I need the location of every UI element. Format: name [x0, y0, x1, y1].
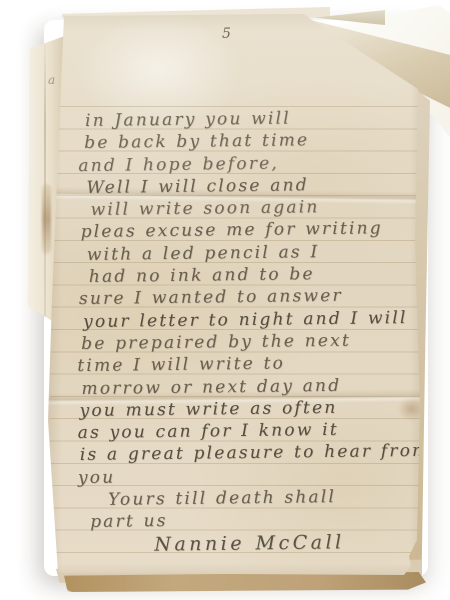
signature-line: Nannie McCall — [154, 530, 422, 556]
closing-line-2: part us — [90, 507, 422, 533]
letter-page: 5 in January you will be back by that ti… — [46, 13, 422, 577]
letter-body: in January you will be back by that time… — [82, 108, 422, 556]
page-number: 5 — [222, 26, 231, 42]
under-letter-fold-line — [44, 34, 46, 330]
under-letter-visible-mark: a — [48, 74, 55, 86]
under-letter-stain-streak — [42, 184, 51, 254]
